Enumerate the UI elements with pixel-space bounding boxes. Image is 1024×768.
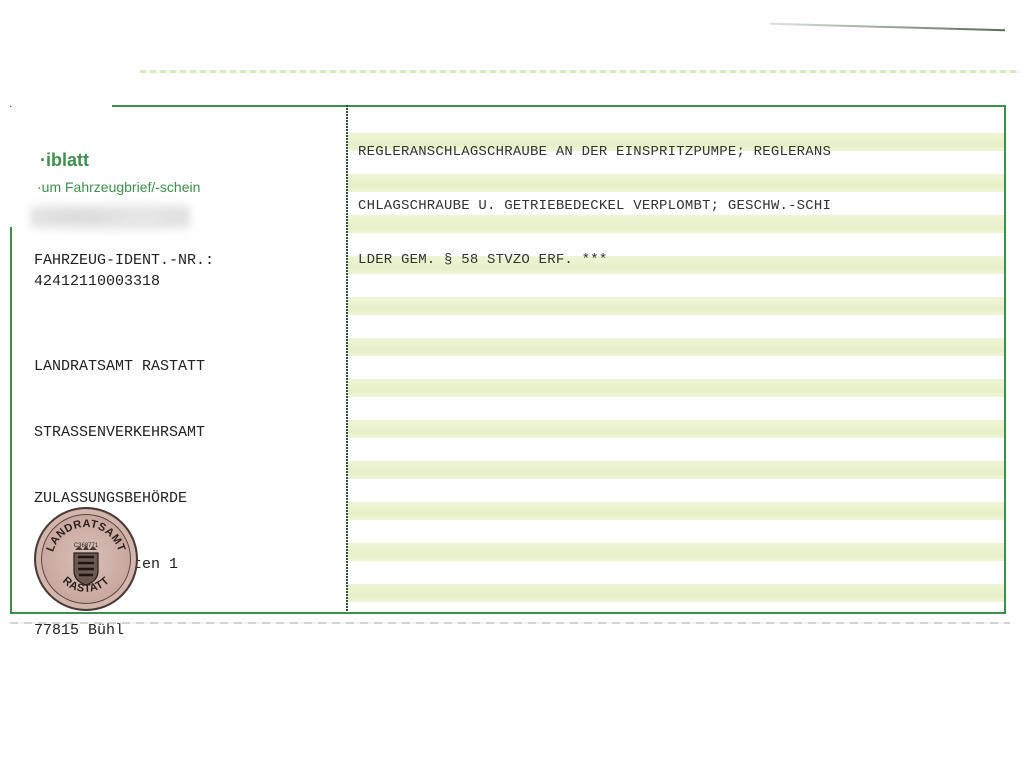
scan-artifact-perforation	[140, 70, 1020, 73]
coat-of-arms-icon	[74, 545, 98, 585]
form-subtitle: ·um Fahrzeugbrief/-schein	[37, 179, 200, 195]
remarks-text: REGLERANSCHLAGSCHRAUBE AN DER EINSPRITZP…	[358, 107, 998, 305]
authority-address: LANDRATSAMT RASTATT STRASSENVERKEHRSAMT …	[34, 312, 205, 686]
remarks-line-3: LDER GEM. § 58 STVZO ERF. ***	[358, 251, 998, 269]
form-title: ·iblatt	[40, 150, 89, 171]
official-seal: LANDRATSAMT RASTATT C368771	[34, 507, 138, 611]
left-panel: ·iblatt ·um Fahrzeugbrief/-schein FAHRZE…	[10, 105, 350, 614]
seal-graphic: LANDRATSAMT RASTATT C368771	[36, 509, 136, 609]
remarks-panel: REGLERANSCHLAGSCHRAUBE AN DER EINSPRITZP…	[348, 105, 1006, 614]
remarks-line-1: REGLERANSCHLAGSCHRAUBE AN DER EINSPRITZP…	[358, 143, 998, 161]
remarks-line-2: CHLAGSCHRAUBE U. GETRIEBEDECKEL VERPLOMB…	[358, 197, 998, 215]
scan-artifact-line	[770, 23, 1005, 32]
redacted-area	[30, 202, 190, 232]
vehicle-document-card: ·iblatt ·um Fahrzeugbrief/-schein FAHRZE…	[10, 105, 1006, 620]
vehicle-id-value: 42412110003318	[34, 271, 160, 292]
authority-line-1: LANDRATSAMT RASTATT	[34, 356, 205, 378]
authority-line-3: ZULASSUNGSBEHÖRDE	[34, 488, 205, 510]
vehicle-id-label: FAHRZEUG-IDENT.-NR.:	[34, 250, 214, 271]
scan-artifact-edge	[10, 622, 1010, 624]
authority-line-2: STRASSENVERKEHRSAMT	[34, 422, 205, 444]
